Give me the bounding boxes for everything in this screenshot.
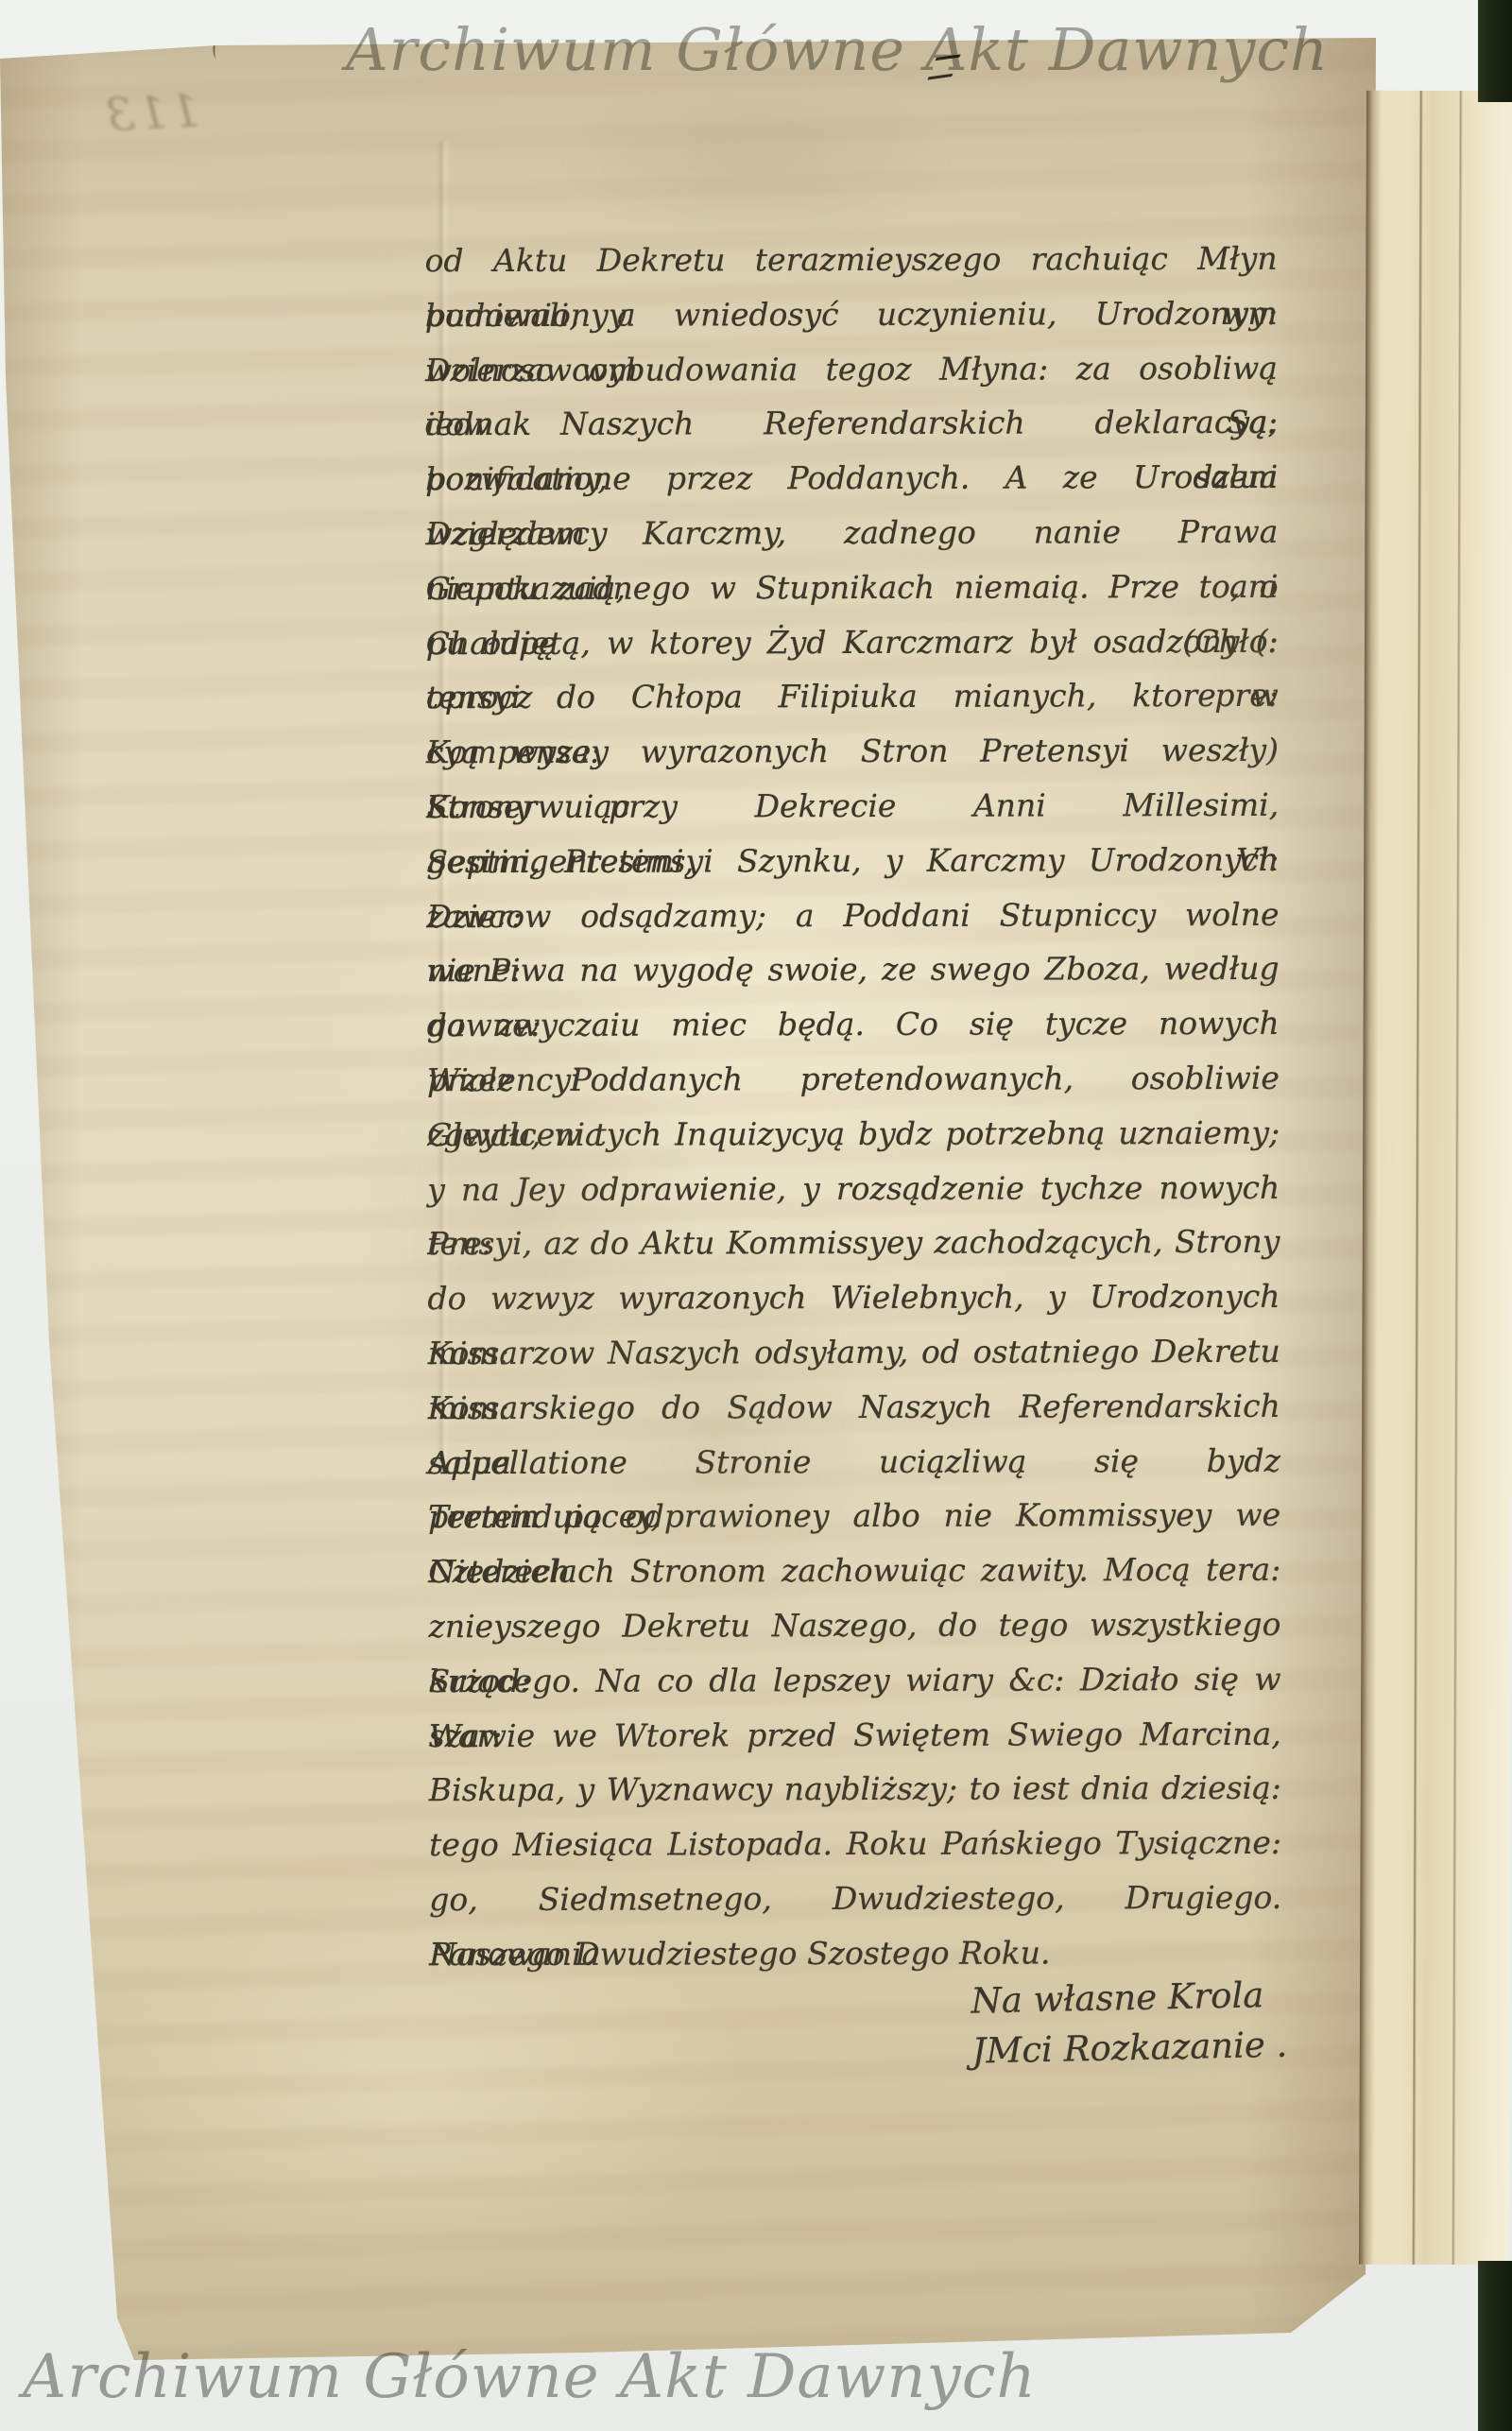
binding-cloth-top [1478, 0, 1512, 102]
manuscript-line: y na Jey odprawienie, y rozsądzenie tych… [427, 1160, 1280, 1216]
pen-flourish-mark [212, 26, 226, 59]
signature-line-1: Na własne Krola [971, 1967, 1387, 2026]
page-fore-edges [1359, 91, 1512, 2266]
manuscript-line: Biskupa, y Wyznawcy naybliższy; to iest … [429, 1761, 1281, 1818]
manuscript-line: Termin po odprawioney albo nie Kommissye… [428, 1488, 1280, 1544]
manuscript-line: kuiącego. Na co dla lepszey wiary &c: Dz… [429, 1652, 1281, 1709]
manuscript-line: go, Siedmsetnego, Dwudziestego, Drugiego… [429, 1871, 1281, 1927]
manuscript-line: go zwyczaiu miec będą. Co się tycze nowy… [427, 996, 1280, 1053]
signature-block: Na własne Krola JMci Rozkazanie . [971, 1967, 1388, 2076]
manuscript-line: względem Karczmy, zadnego nanie Prawa ni… [425, 505, 1278, 561]
manuscript-line: pu odiętą, w ktorey Żyd Karczmarz był os… [426, 613, 1279, 670]
manuscript-line: zawcow odsądzamy; a Poddani Stupniccy wo… [426, 887, 1279, 943]
manuscript-line: znieyszego Dekretu Naszego, do tego wszy… [428, 1597, 1280, 1654]
manuscript-line: bonificatione przez Poddanych. A ze Urod… [425, 450, 1278, 507]
manuscript-line: Niedzielach Stronom zachowuiąc zawity. M… [428, 1543, 1280, 1599]
manuscript-line: missarskiego do Sądow Naszych Referendar… [428, 1379, 1280, 1436]
manuscript-line: budowali, a wniedosyć uczynieniu, Urodzo… [425, 286, 1278, 343]
manuscript-line: Gruntu zadnego w Stupnikach niemaią. Prz… [425, 560, 1278, 616]
manuscript-line: wolnosc wybudowania tegoz Młyna: za osob… [425, 340, 1278, 397]
manuscript-line: Naszego Dwudziestego Szostego Roku. [429, 1925, 1281, 1982]
manuscript-line: nie Piwa na wygodę swoie, ze swego Zboza… [427, 941, 1280, 998]
manuscript-line: do wzwyz wyrazonych Wielebnych, y Urodzo… [427, 1269, 1280, 1326]
binding-cloth-bottom [1478, 2261, 1512, 2431]
signature-line-2: JMci Rozkazanie . [971, 2017, 1388, 2076]
manuscript-line: tego Miesiąca Listopada. Roku Pańskiego … [429, 1816, 1281, 1872]
manuscript-line: Appellatione Stronie uciązliwą się bydz … [428, 1433, 1280, 1490]
scan-background: { "archive_watermark": "Archiwum Główne … [0, 0, 1512, 2431]
folio-number-bleedthrough: 113 [101, 84, 201, 142]
manuscript-line: cyą wyzey wyrazonych Stron Pretensyi wes… [426, 723, 1279, 780]
manuscript-page: 113 od Aktu Dekretu terazmieyszego rachu… [0, 0, 1382, 2368]
manuscript-line: od Aktu Dekretu terazmieyszego rachuiąc … [425, 232, 1278, 288]
manuscript-line: tensyi, az do Aktu Kommissyey zachodzący… [427, 1215, 1280, 1271]
manuscript-line: Strony przy Dekrecie Anni Millesimi, Sep… [426, 778, 1279, 835]
paper-crease [437, 142, 450, 1465]
manuscript-line: Gleytu, w tych Inquizycyą bydz potrzebną… [427, 1106, 1280, 1163]
manuscript-line: przez Poddanych pretendowanych, osobliwi… [427, 1051, 1280, 1108]
manuscript-line: tensyi do Chłopa Filipiuka mianych, ktor… [426, 668, 1279, 725]
manuscript-line: dow Naszych Referendarskich deklaracyą, … [425, 395, 1278, 452]
manuscript-line: szawie we Wtorek przed Swiętem Swiego Ma… [429, 1706, 1281, 1763]
manuscript-lines: od Aktu Dekretu terazmieyszego rachuiąc … [425, 232, 1282, 1982]
ink-mark [927, 54, 960, 79]
manuscript-line: gesimi, Pretensyi Szynku, y Karczmy Urod… [426, 833, 1279, 889]
manuscript-line: missarzow Naszych odsyłamy, od ostatnieg… [428, 1324, 1280, 1381]
